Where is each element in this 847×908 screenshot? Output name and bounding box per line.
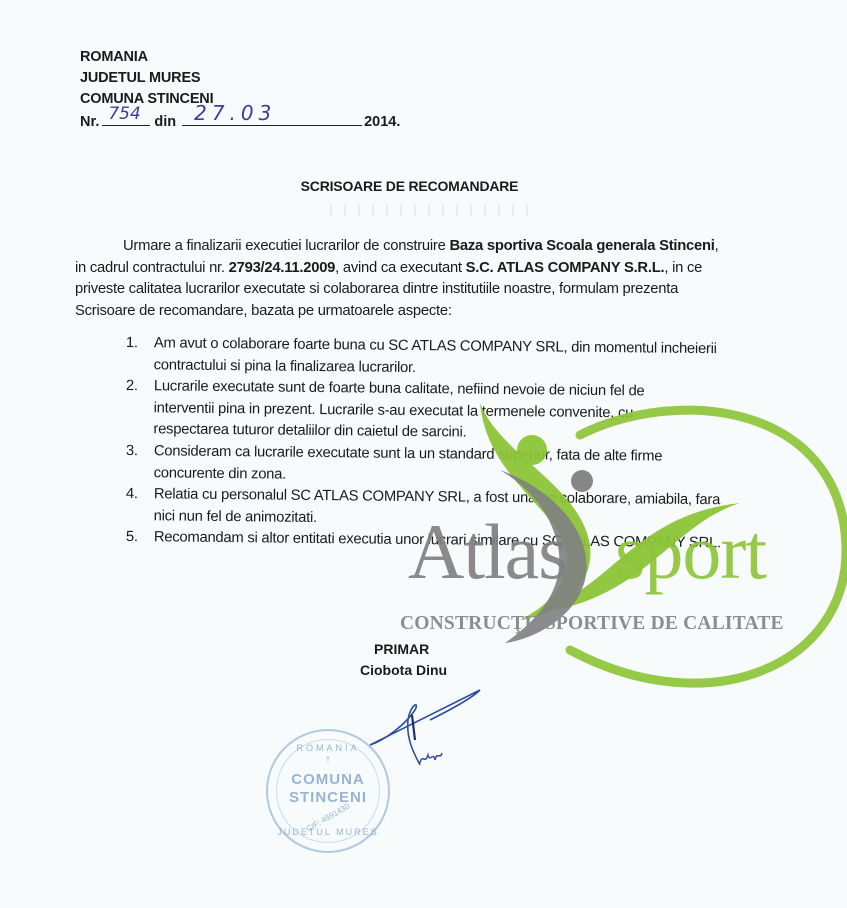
signer-name: Ciobota Dinu [360, 660, 447, 681]
list-number: 3. [126, 441, 138, 463]
list-number: 5. [126, 527, 138, 549]
list-item: 3. Consideram ca lucrarile executate sun… [126, 441, 746, 490]
nr-label: Nr. [80, 114, 99, 130]
text: , [715, 238, 719, 254]
text: , in ce [664, 260, 702, 276]
list-number: 2. [126, 376, 138, 398]
scan-noise [330, 205, 530, 217]
nr-field: 754 [102, 110, 150, 126]
contract-number: 2793/24.11.2009 [229, 260, 336, 276]
year-label: 2014. [364, 114, 400, 130]
date-field: 27.03 [182, 110, 362, 126]
official-stamp: ROMANIA † COMUNA STINCENI CIF: 4591430 J… [266, 729, 390, 853]
project-name: Baza sportiva Scoala generala Stinceni [449, 238, 714, 254]
nr-handwritten-value: 754 [108, 104, 140, 124]
header-county: JUDETUL MURES [80, 68, 213, 89]
list-item: 2. Lucrarile executate sunt de foarte bu… [125, 376, 746, 447]
logo-tagline: CONSTRUCŢII SPORTIVE DE CALITATE [400, 613, 784, 635]
letter-title: SCRISOARE DE RECOMANDARE [0, 178, 847, 194]
contractor-name: S.C. ATLAS COMPANY S.R.L. [466, 260, 665, 276]
stamp-line-1: COMUNA [268, 771, 388, 788]
list-item: 1. Am avut o colaborare foarte buna cu S… [126, 333, 746, 382]
registration-line: Nr.754din27.032014. [80, 110, 400, 130]
list-number: 4. [126, 484, 138, 506]
stamp-bottom-text: JUDETUL MURES [268, 827, 388, 837]
paragraph-line-3: priveste calitatea lucrarilor executate … [75, 279, 795, 301]
header-country: ROMANIA [80, 47, 213, 68]
text: , avind ca executant [335, 260, 465, 276]
paragraph-line-2: in cadrul contractului nr. 2793/24.11.20… [75, 258, 795, 280]
din-label: din [154, 114, 176, 130]
paragraph-line-4: Scrisoare de recomandare, bazata pe urma… [75, 301, 795, 323]
text: in cadrul contractului nr. [75, 260, 229, 276]
aspects-list: 1. Am avut o colaborare foarte buna cu S… [126, 333, 746, 548]
recommendation-letter: ROMANIA JUDETUL MURES COMUNA STINCENI Nr… [0, 0, 847, 908]
signer-role: PRIMAR [360, 639, 447, 660]
letter-title-text: SCRISOARE DE RECOMANDARE [301, 178, 519, 194]
text: Urmare a finalizarii executiei lucrarilo… [123, 238, 449, 254]
list-item: 4. Relatia cu personalul SC ATLAS COMPAN… [126, 484, 746, 533]
date-handwritten-value: 27.03 [194, 101, 276, 125]
stamp-top-text: ROMANIA [268, 743, 388, 753]
list-number: 1. [126, 333, 138, 355]
intro-paragraph: Urmare a finalizarii executiei lucrarilo… [75, 236, 795, 322]
signature-block: PRIMAR Ciobota Dinu [360, 639, 447, 681]
stamp-mark-icon: † [268, 755, 388, 764]
paragraph-line-1: Urmare a finalizarii executiei lucrarilo… [75, 236, 795, 258]
